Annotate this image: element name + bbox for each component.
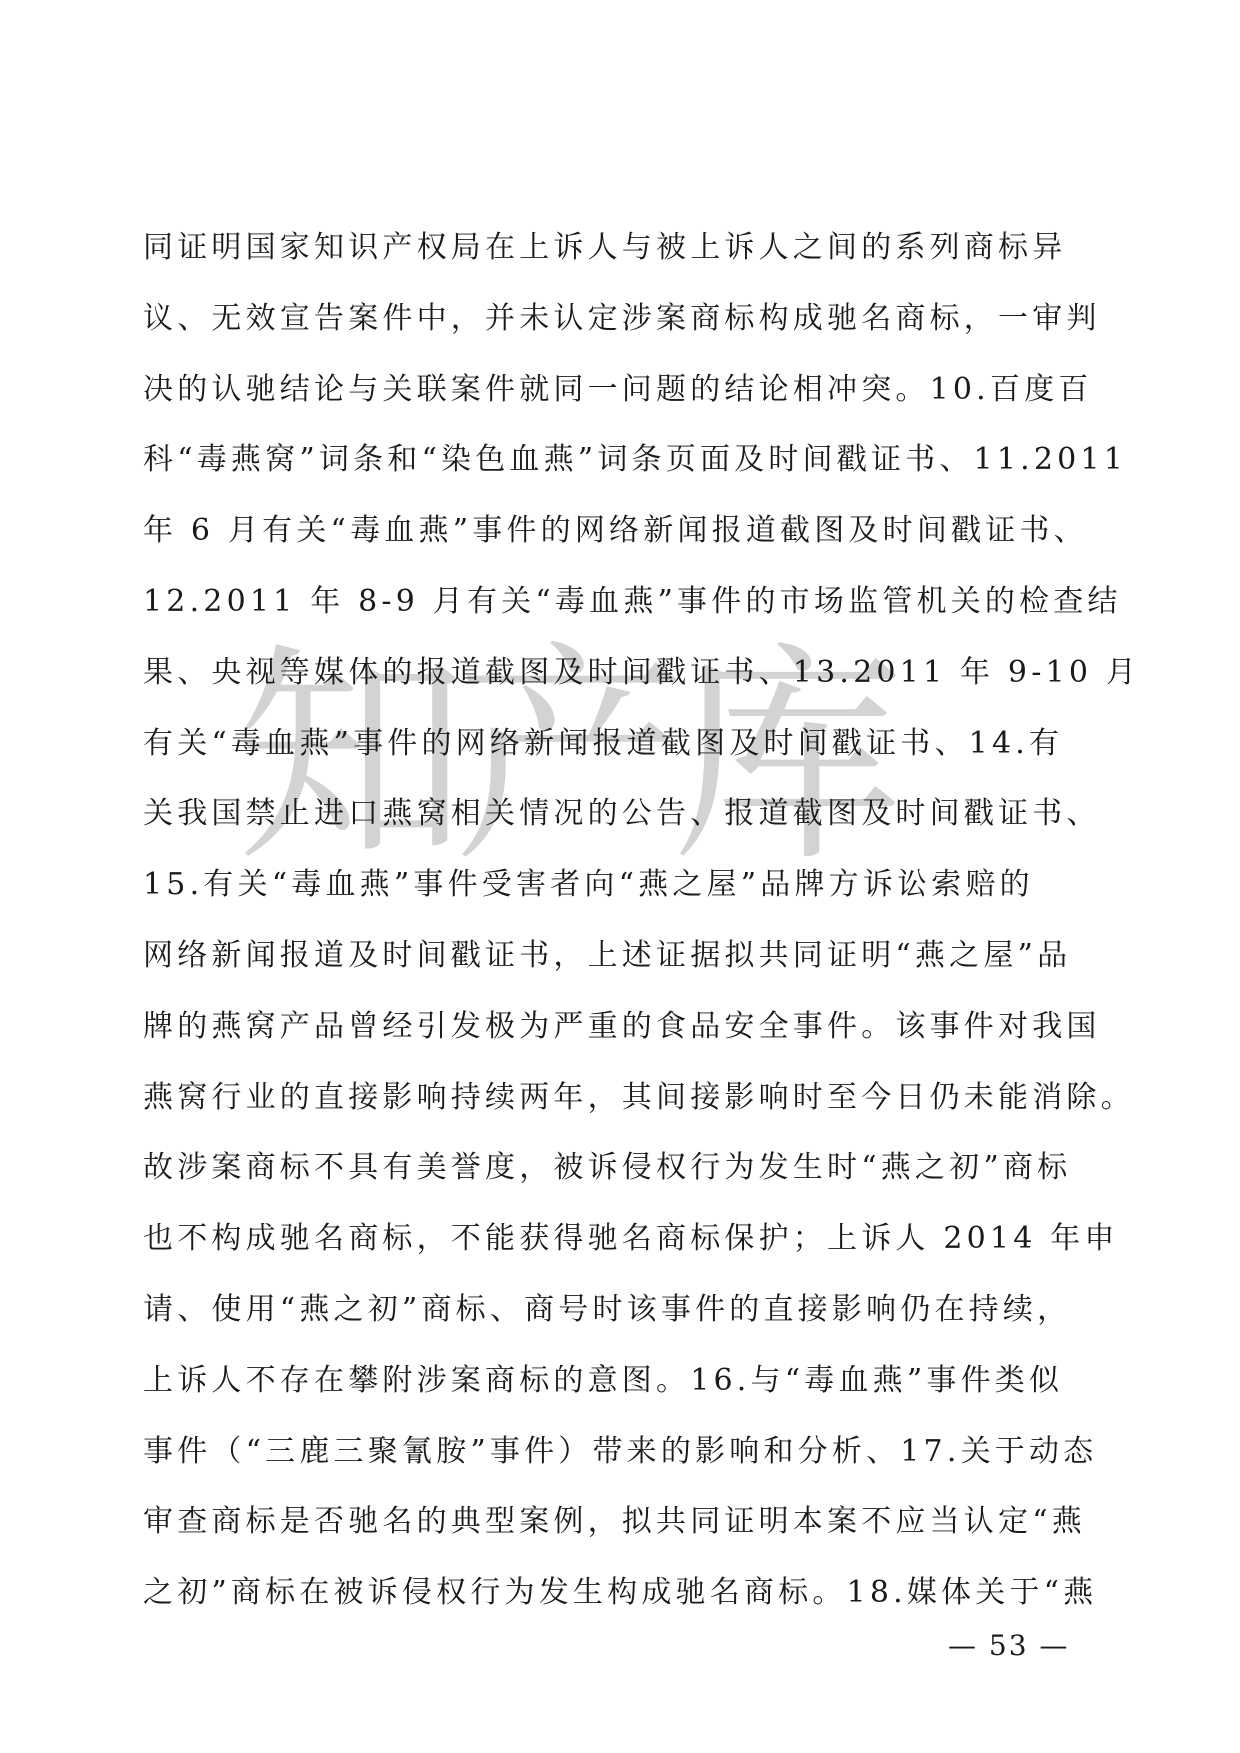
page-number: — 53 — — [948, 1628, 1069, 1664]
text-line: 也不构成驰名商标，不能获得驰名商标保护；上诉人 2014 年申 — [143, 1219, 967, 1290]
text-line: 请、使用“燕之初”商标、商号时该事件的直接影响仍在持续， — [143, 1290, 967, 1361]
text-line: 果、央视等媒体的报道截图及时间戳证书、13.2011 年 9-10 月 — [143, 653, 967, 724]
text-line: 故涉案商标不具有美誉度，被诉侵权行为发生时“燕之初”商标 — [143, 1148, 967, 1219]
text-line: 关我国禁止进口燕窝相关情况的公告、报道截图及时间戳证书、 — [143, 794, 967, 865]
text-line: 之初”商标在被诉侵权行为发生构成驰名商标。18.媒体关于“燕 — [143, 1573, 967, 1644]
text-line: 有关“毒血燕”事件的网络新闻报道截图及时间戳证书、14.有 — [143, 724, 967, 795]
body-text: 同证明国家知识产权局在上诉人与被上诉人之间的系列商标异 议、无效宣告案件中，并未… — [143, 228, 973, 1644]
text-line: 15.有关“毒血燕”事件受害者向“燕之屋”品牌方诉讼索赔的 — [143, 865, 967, 936]
text-line: 燕窝行业的直接影响持续两年，其间接影响时至今日仍未能消除。 — [143, 1078, 975, 1149]
text-line: 年 6 月有关“毒血燕”事件的网络新闻报道截图及时间戳证书、 — [143, 511, 967, 582]
text-line: 事件（“三鹿三聚氰胺”事件）带来的影响和分析、17.关于动态 — [143, 1432, 967, 1503]
text-line: 决的认驰结论与关联案件就同一问题的结论相冲突。10.百度百 — [143, 370, 967, 441]
text-line: 上诉人不存在攀附涉案商标的意图。16.与“毒血燕”事件类似 — [143, 1361, 967, 1432]
text-line: 科“毒燕窝”词条和“染色血燕”词条页面及时间戳证书、11.2011 — [143, 440, 967, 511]
text-line: 审查商标是否驰名的典型案例，拟共同证明本案不应当认定“燕 — [143, 1502, 967, 1573]
document-page: 知产库 同证明国家知识产权局在上诉人与被上诉人之间的系列商标异 议、无效宣告案件… — [0, 0, 1240, 1753]
text-line: 同证明国家知识产权局在上诉人与被上诉人之间的系列商标异 — [143, 228, 967, 299]
text-line: 12.2011 年 8-9 月有关“毒血燕”事件的市场监管机关的检查结 — [143, 582, 967, 653]
text-line: 网络新闻报道及时间戳证书，上述证据拟共同证明“燕之屋”品 — [143, 936, 967, 1007]
text-line: 议、无效宣告案件中，并未认定涉案商标构成驰名商标，一审判 — [143, 299, 967, 370]
text-line: 牌的燕窝产品曾经引发极为严重的食品安全事件。该事件对我国 — [143, 1007, 967, 1078]
